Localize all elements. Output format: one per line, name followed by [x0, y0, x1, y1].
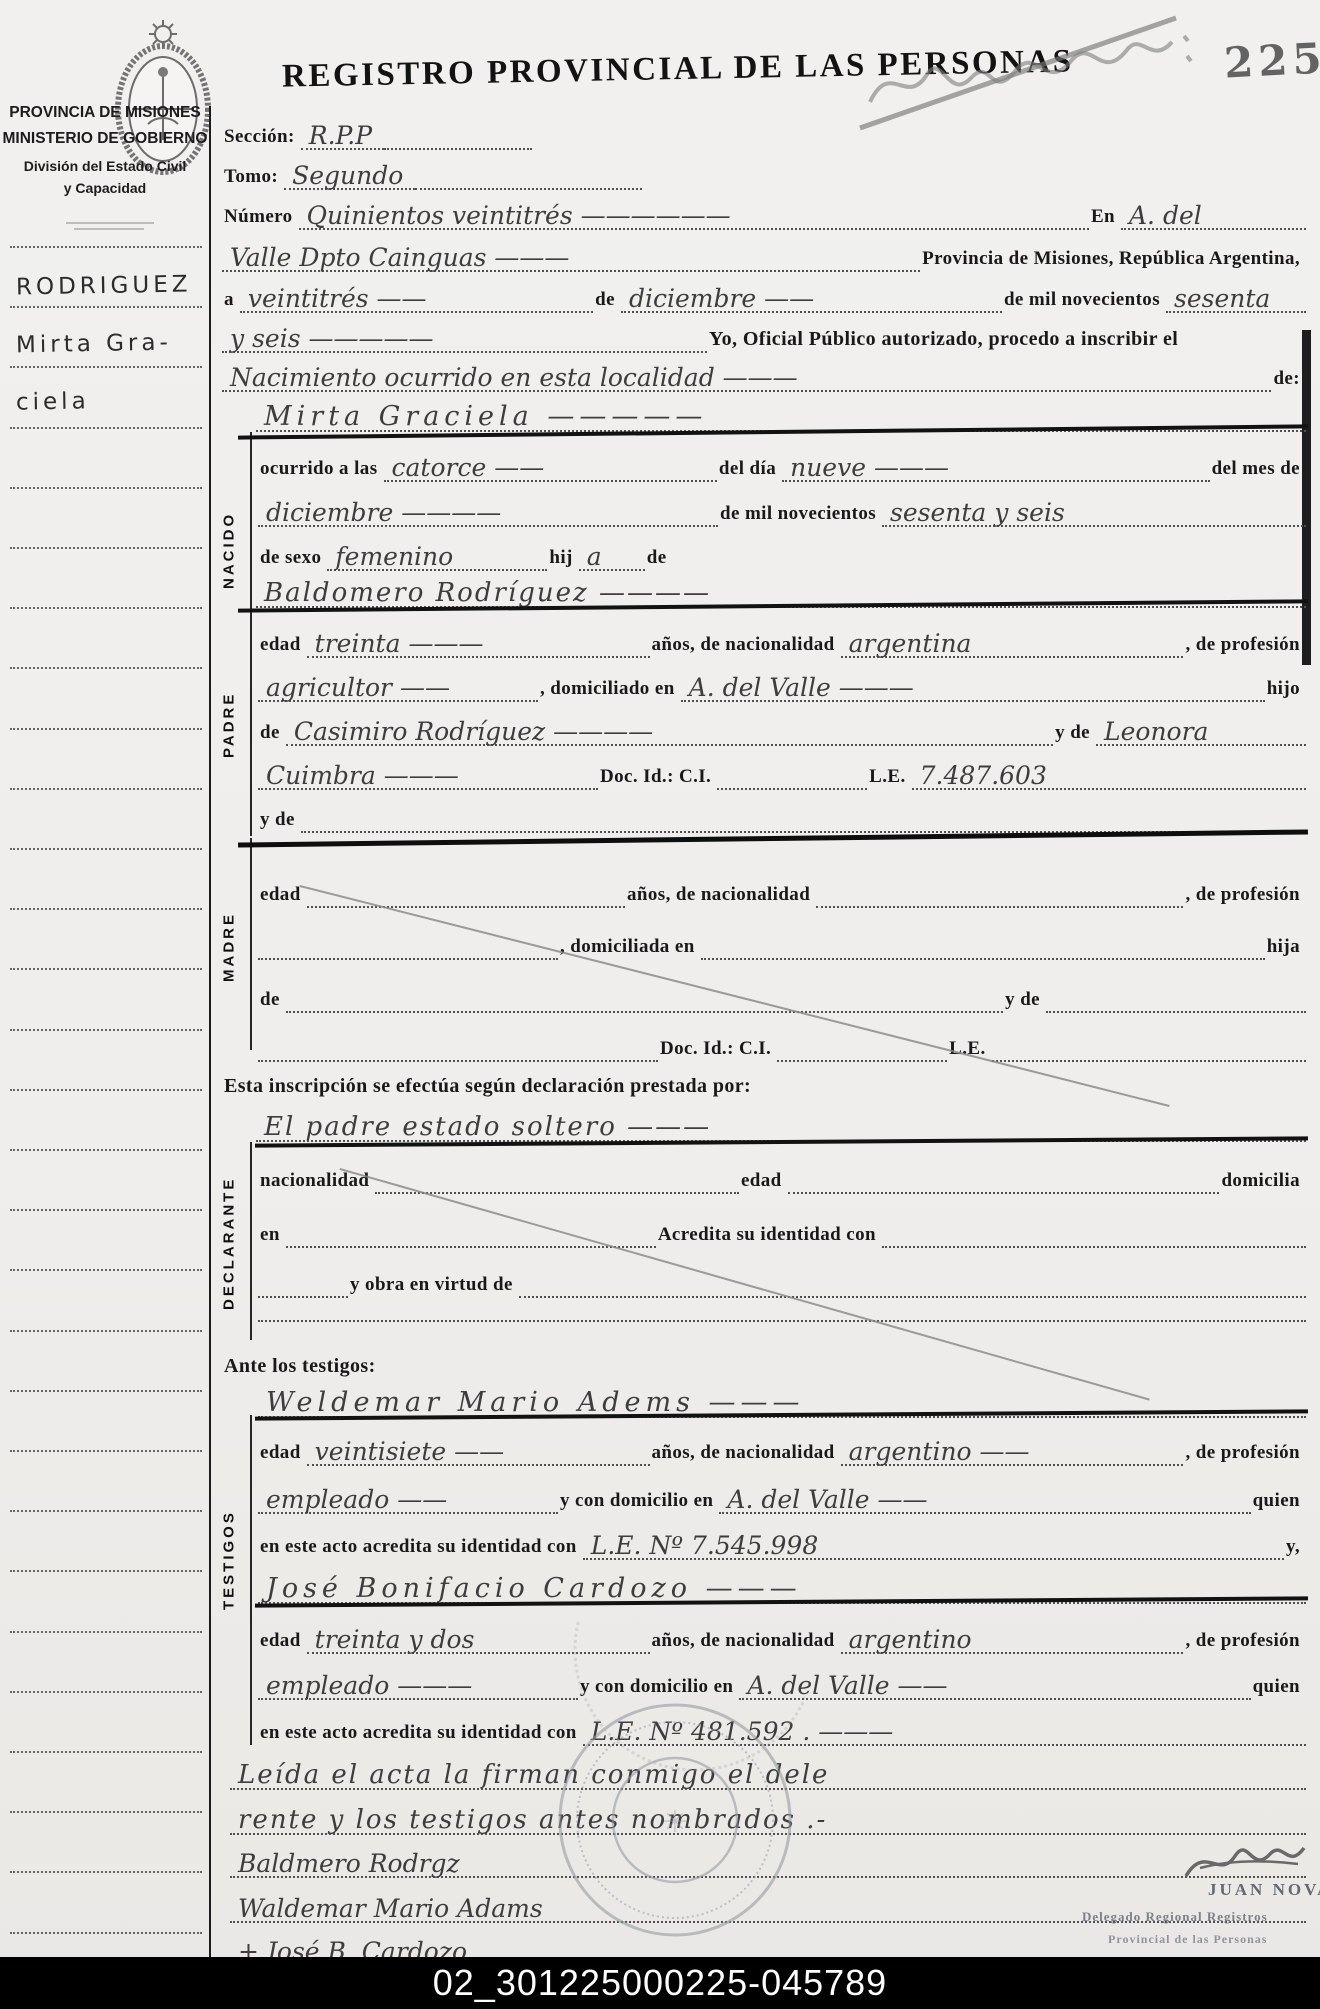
dotted-line: [10, 1149, 202, 1151]
dotted-line: [10, 1330, 202, 1332]
registrar-title-1: Delegado Regional Registros: [1082, 1909, 1268, 1925]
field-mes-anio: diciembre ———— de mil novecientos sesent…: [258, 489, 1306, 527]
en-label: En: [1089, 207, 1121, 230]
dotted-fill: [307, 901, 625, 908]
de-label: de: [593, 290, 621, 313]
tomo-value: Segundo: [284, 163, 415, 190]
dotted-fill: [992, 1055, 1306, 1062]
oficial-publico-text: Yo, Oficial Público autorizado, procedo …: [707, 329, 1306, 353]
madre-de-label: de: [258, 990, 286, 1013]
field-declarante-nacionalidad: nacionalidad edad domicilia: [258, 1156, 1306, 1194]
field-declarante-nombre: El padre estado soltero ———: [256, 1100, 1306, 1142]
org-line-ministry: MINISTERIO DE GOBIERNO: [0, 130, 210, 148]
padre-hijo-label: hijo: [1265, 679, 1306, 702]
testigo1-nacionalidad-label: años, de nacionalidad: [650, 1443, 841, 1466]
field-madre-domicilio: , domiciliada en hija: [258, 922, 1306, 960]
dotted-fill: [258, 953, 558, 960]
dotted-line: [10, 1390, 202, 1392]
dotted-line: [10, 547, 202, 549]
dotted-line: [10, 968, 202, 970]
padre-de-label: de: [258, 723, 286, 746]
field-declarante-blank: [258, 1312, 1306, 1322]
testigo1-acredita-label: en este acto acredita su identidad con: [258, 1537, 583, 1560]
dotted-line: [10, 246, 202, 248]
testigo1-nacionalidad-value: argentino ——: [841, 1439, 1184, 1466]
field-madre-nombre: y de: [258, 795, 1306, 833]
dotted-fill: [1046, 1006, 1306, 1013]
testigo1-edad-label: edad: [258, 1443, 307, 1466]
anio-nacimiento-value: sesenta y seis: [882, 500, 1306, 527]
dotted-fill: [415, 183, 642, 190]
dotted-line: [10, 848, 202, 850]
dotted-fill: [384, 143, 532, 150]
padre-nacionalidad-label: años, de nacionalidad: [650, 635, 841, 658]
dotted-fill: [258, 1291, 348, 1298]
anio-value-1: sesenta: [1166, 286, 1306, 313]
tomo-label: Tomo:: [222, 167, 284, 190]
field-madre-documento: Doc. Id.: C.I. L.E.: [258, 1024, 1306, 1062]
testigo2-profesion-label: , de profesión: [1183, 1631, 1306, 1654]
section-rule-padre: [250, 608, 252, 836]
acto-value: Nacimiento ocurrido en esta localidad ——…: [222, 365, 1271, 392]
padre-edad-value: treinta ———: [307, 631, 650, 658]
dotted-line: [10, 1871, 202, 1873]
abuela-paterna-value-2: Cuimbra ———: [258, 763, 598, 790]
padre-yde-label: y de: [1053, 723, 1096, 746]
dotted-line: [10, 728, 202, 730]
padre-profesion-value: agricultor ——: [258, 675, 538, 702]
dotted-line: [10, 1029, 202, 1031]
testigo1-edad-value: veintisiete ——: [307, 1439, 650, 1466]
dotted-line: [10, 1811, 202, 1813]
dotted-line: [10, 1209, 202, 1211]
field-lugar: Valle Dpto Cainguas ——— Provincia de Mis…: [222, 234, 1306, 272]
dotted-fill: [258, 1055, 658, 1062]
testigo2-profesion-value: empleado ———: [258, 1673, 578, 1700]
form-left-divider: [209, 106, 211, 1957]
svg-text:✳: ✳: [662, 1806, 687, 1839]
field-padre-documento: Cuimbra ——— Doc. Id.: C.I. L.E. 7.487.60…: [258, 752, 1306, 790]
abuelo-paterno-value: Casimiro Rodríguez ————: [286, 719, 1053, 746]
declaracion-heading: Esta inscripción se efectúa según declar…: [222, 1076, 757, 1100]
testigo2-domicilio-value: A. del Valle ——: [739, 1673, 1250, 1700]
dotted-line: [10, 908, 202, 910]
padre-le-label: L.E.: [867, 767, 911, 790]
dotted-line: [10, 667, 202, 669]
dotted-line: [10, 1691, 202, 1693]
field-testigo1-edad: edad veintisiete —— años, de nacionalida…: [258, 1428, 1306, 1466]
field-madre-edad: edad años, de nacionalidad , de profesió…: [258, 870, 1306, 908]
padre-profesion-label: , de profesión: [1183, 635, 1306, 658]
testigo1-profesion-label: , de profesión: [1183, 1443, 1306, 1466]
padre-le-value: 7.487.603: [912, 763, 1306, 790]
testigo2-acredita-label: en este acto acredita su identidad con: [258, 1723, 583, 1746]
dotted-line: [10, 427, 202, 429]
madre-yde-top-label: y de: [258, 810, 301, 833]
padre-domicilio-label: , domiciliado en: [538, 679, 681, 702]
seccion-value: R.P.P: [301, 123, 384, 150]
org-line-capacity: y Capacidad: [0, 180, 210, 196]
dotted-line: [10, 607, 202, 609]
dotted-line: [10, 487, 202, 489]
dotted-line: [10, 366, 202, 368]
registrar-name: JUAN NOVAR: [1208, 1880, 1320, 1900]
index-given-name-1: Mirta Gra-: [16, 330, 172, 359]
dotted-line: [10, 1751, 202, 1753]
field-declarante-virtud: y obra en virtud de: [258, 1260, 1306, 1298]
section-rule-testigos: [250, 1415, 252, 1745]
madre-yde-label: y de: [1003, 990, 1046, 1013]
testigo1-domicilio-value: A. del Valle ——: [719, 1487, 1250, 1514]
testigo2-edad-label: edad: [258, 1631, 307, 1654]
field-numero: Número Quinientos veintitrés —————— En A…: [222, 192, 1306, 230]
dotted-fill: [777, 1055, 947, 1062]
dotted-fill: [816, 901, 1183, 908]
declarante-en-label: en: [258, 1225, 286, 1248]
dotted-fill: [701, 953, 1265, 960]
index-given-name-2: ciela: [16, 388, 90, 415]
dotted-fill: [788, 1187, 1220, 1194]
padre-domicilio-value: A. del Valle ———: [681, 675, 1265, 702]
declarante-edad-label: edad: [739, 1171, 788, 1194]
section-rule-madre: [250, 838, 252, 1050]
del-mes-label: del mes de: [1210, 459, 1306, 482]
padre-doc-label: Doc. Id.: C.I.: [598, 767, 717, 790]
dotted-fill: [258, 1315, 1306, 1322]
field-tomo: Tomo: Segundo: [222, 152, 642, 190]
field-padre-abuelos: de Casimiro Rodríguez ———— y de Leonora: [258, 708, 1306, 746]
field-padre-domicilio: agricultor —— , domiciliado en A. del Va…: [258, 664, 1306, 702]
official-round-stamp: ✳: [545, 1620, 805, 1965]
fine-print-line: [74, 228, 144, 230]
page-number: 225: [1223, 33, 1320, 87]
de-colon-label: de:: [1271, 369, 1306, 392]
numero-label: Número: [222, 207, 299, 230]
mes-nacimiento-value: diciembre ————: [258, 500, 718, 527]
lugar-value-2: Valle Dpto Cainguas ———: [222, 245, 920, 272]
section-label-madre: MADRE: [217, 862, 241, 1032]
section-label-declarante: DECLARANTE: [217, 1148, 241, 1338]
declarante-value: El padre estado soltero ———: [256, 1114, 916, 1142]
mil-novecientos-label-nacido: de mil novecientos: [718, 504, 882, 527]
scan-reference-code: 02_301225000225-045789: [433, 1962, 887, 2004]
dotted-fill: [717, 783, 867, 790]
mes-value: diciembre ——: [621, 286, 1002, 313]
testigo2-nacionalidad-value: argentino: [841, 1627, 1184, 1654]
fine-print-line: [66, 222, 154, 224]
padre-nacionalidad-value: argentina: [841, 631, 1184, 658]
birth-certificate-page: REGISTRO PROVINCIAL DE LAS PERSONAS 225 …: [0, 0, 1320, 2009]
del-dia-label: del día: [717, 459, 782, 482]
section-label-padre: PADRE: [217, 640, 241, 810]
section-rule-declarante: [250, 1142, 252, 1340]
dotted-line: [10, 1269, 202, 1271]
dotted-fill: [519, 1291, 1306, 1298]
seccion-label: Sección:: [222, 127, 301, 150]
ocurrido-label: ocurrido a las: [258, 459, 384, 482]
hora-value: catorce ——: [384, 455, 717, 482]
testigo2-quien-label: quien: [1251, 1677, 1306, 1700]
declarante-acredita-label: Acredita su identidad con: [656, 1225, 882, 1248]
section-label-testigos: TESTIGOS: [217, 1460, 241, 1660]
testigos-heading-row: Ante los testigos:: [222, 1342, 622, 1380]
dotted-line: [10, 1570, 202, 1572]
field-fecha: a veintitrés —— de diciembre —— de mil n…: [222, 275, 1306, 313]
dotted-line: [10, 1450, 202, 1452]
anio-value-2: y seis —————: [222, 326, 707, 353]
field-testigo1-domicilio: empleado —— y con domicilio en A. del Va…: [258, 1476, 1306, 1514]
testigo1-quien-label: quien: [1251, 1491, 1306, 1514]
org-line-division: División del Estado Civil: [0, 158, 210, 174]
field-testigo1-documento: en este acto acredita su identidad con L…: [258, 1522, 1306, 1560]
scan-footer-bar: 02_301225000225-045789: [0, 1957, 1320, 2009]
a-label: a: [222, 290, 240, 313]
field-padre-edad: edad treinta ——— años, de nacionalidad a…: [258, 620, 1306, 658]
madre-hija-label: hija: [1265, 937, 1306, 960]
declarante-obra-label: y obra en virtud de: [348, 1275, 519, 1298]
madre-edad-label: edad: [258, 885, 307, 908]
field-declarante-identidad: en Acredita su identidad con: [258, 1210, 1306, 1248]
testigo1-profesion-value: empleado ——: [258, 1487, 558, 1514]
dia-nacimiento-value: nueve ———: [782, 455, 1209, 482]
dotted-line: [10, 1089, 202, 1091]
index-surname: RODRIGUEZ: [16, 271, 192, 300]
dotted-fill: [882, 1241, 1306, 1248]
madre-doc-label: Doc. Id.: C.I.: [658, 1039, 777, 1062]
dotted-line: [10, 1510, 202, 1512]
field-hora-dia: ocurrido a las catorce —— del día nueve …: [258, 444, 1306, 482]
org-line-province: PROVINCIA DE MISIONES: [0, 104, 210, 122]
field-seccion: Sección: R.P.P: [222, 112, 532, 150]
dotted-line: [10, 1932, 202, 1934]
declarante-domicilia-label: domicilia: [1219, 1171, 1306, 1194]
dotted-line: [10, 306, 202, 308]
dia-value: veintitrés ——: [240, 286, 593, 313]
field-acto: Nacimiento ocurrido en esta localidad ——…: [222, 354, 1306, 392]
testigo1-y-label: y,: [1284, 1537, 1306, 1560]
lugar-value-1: A. del: [1121, 203, 1306, 230]
provincia-label: Provincia de Misiones, República Argenti…: [920, 249, 1306, 272]
abuela-paterna-value-1: Leonora: [1096, 719, 1306, 746]
registrar-title-2: Provincial de las Personas: [1108, 1932, 1267, 1947]
padre-edad-label: edad: [258, 635, 307, 658]
madre-nacionalidad-label: años, de nacionalidad: [625, 885, 816, 908]
madre-profesion-label: , de profesión: [1183, 885, 1306, 908]
mil-novecientos-label: de mil novecientos: [1002, 290, 1166, 313]
dotted-line: [10, 1631, 202, 1633]
testigo1-documento-value: L.E. Nº 7.545.998: [583, 1533, 1284, 1560]
numero-value: Quinientos veintitrés ——————: [299, 203, 1089, 230]
handwritten-scrawl-overlay: [840, 6, 1210, 141]
declaracion-heading-row: Esta inscripción se efectúa según declar…: [222, 1062, 1120, 1100]
index-ruled-lines: [10, 246, 202, 1934]
dotted-fill: [286, 1006, 1003, 1013]
dotted-line: [10, 788, 202, 790]
field-anio-oficial: y seis ————— Yo, Oficial Público autoriz…: [222, 315, 1306, 353]
testigo1-domicilio-label: y con domicilio en: [558, 1491, 719, 1514]
